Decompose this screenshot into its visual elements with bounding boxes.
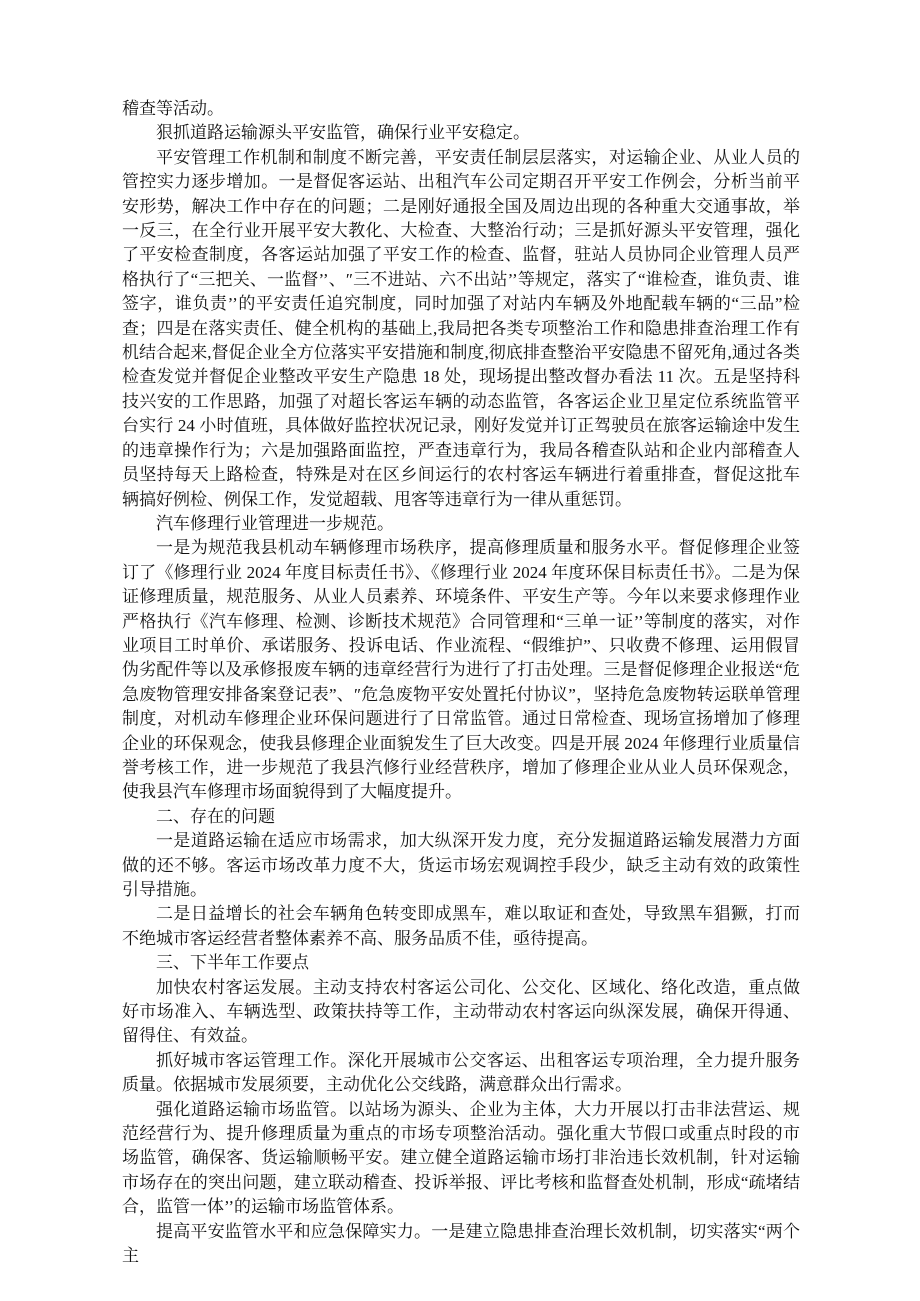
section-heading-second-half-plan: 三、下半年工作要点 (122, 951, 800, 975)
document-page: 稽查等活动。 狠抓道路运输源头平安监管，确保行业平安稳定。 平安管理工作机制和制… (0, 0, 920, 1301)
paragraph-continuation: 稽查等活动。 (122, 97, 800, 121)
paragraph: 一是为规范我县机动车辆修理市场秩序，提高修理质量和服务水平。督促修理企业签订了《… (122, 536, 800, 804)
paragraph: 平安管理工作机制和制度不断完善，平安责任制层层落实，对运输企业、从业人员的管控实… (122, 146, 800, 512)
paragraph: 抓好城市客运管理工作。深化开展城市公交客运、出租客运专项治理，全力提升服务质量。… (122, 1049, 800, 1098)
paragraph: 狠抓道路运输源头平安监管，确保行业平安稳定。 (122, 121, 800, 145)
paragraph: 强化道路运输市场监管。以站场为源头、企业为主体，大力开展以打击非法营运、规范经营… (122, 1098, 800, 1220)
section-heading-problems: 二、存在的问题 (122, 805, 800, 829)
paragraph: 二是日益增长的社会车辆角色转变即成黑车，难以取证和查处，导致黑车猖獗，打而不绝城… (122, 902, 800, 951)
paragraph: 汽车修理行业管理进一步规范。 (122, 512, 800, 536)
document-body: 稽查等活动。 狠抓道路运输源头平安监管，确保行业平安稳定。 平安管理工作机制和制… (122, 97, 800, 1269)
paragraph: 加快农村客运发展。主动支持农村客运公司化、公交化、区域化、络化改造，重点做好市场… (122, 976, 800, 1049)
paragraph-cutoff: 提高平安监管水平和应急保障实力。一是建立隐患排查治理长效机制，切实落实“两个主 (122, 1220, 800, 1269)
paragraph: 一是道路运输在适应市场需求，加大纵深开发力度，充分发掘道路运输发展潜力方面做的还… (122, 829, 800, 902)
